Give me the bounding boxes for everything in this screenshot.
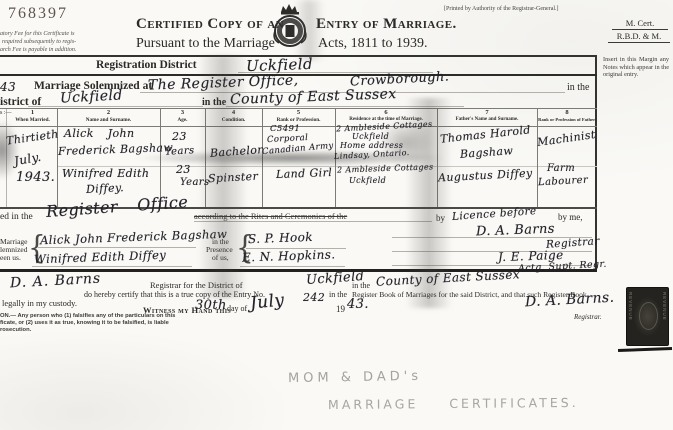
table-column-line <box>205 109 206 207</box>
stamp-portrait-oval <box>639 302 658 330</box>
column-number: 2 <box>57 109 160 116</box>
groom-name: Alick John <box>64 127 135 140</box>
printed-by-authority: [Printed by Authority of the Registrar-G… <box>444 6 559 12</box>
entry-number-value: 242 <box>303 291 325 304</box>
certificate-title: Entry of Marriage. <box>316 16 457 33</box>
pencil-note-line: MARRIAGE CERTIFICATES. <box>328 395 579 412</box>
caution-text: ficate, or (2) uses it as true, knowing … <box>0 320 169 326</box>
month-value: July <box>249 290 285 313</box>
rule-line <box>32 266 192 267</box>
registration-district-label: Registration District <box>96 59 197 71</box>
in-the-label: in the <box>329 290 347 299</box>
in-the-label: in the <box>567 82 590 93</box>
column-number: 3 <box>160 109 205 116</box>
table-column-line <box>262 109 263 207</box>
bride-condition: Spinster <box>208 170 259 186</box>
pen-stroke-under-stamp <box>618 347 672 351</box>
presence-label: of us, <box>212 253 229 262</box>
fee-note-line: arch Fee is payable in addition. <box>0 47 76 53</box>
witness-signature: S. P. Hook <box>248 230 313 246</box>
day-value: 30th <box>195 298 227 313</box>
custody-text: legally in my custody. <box>2 298 77 308</box>
column-label: When Married. <box>8 117 57 123</box>
column-number: 5 <box>262 109 335 116</box>
bride-name: Winifred Edith <box>62 167 149 180</box>
cert-code: R.B.D. & M. <box>608 31 670 43</box>
in-the-label: in the <box>202 97 226 108</box>
final-registrar-title: Registrar. <box>574 313 601 321</box>
column-label: Name and Surname. <box>57 117 160 123</box>
registrar-signature: D. A. Barns <box>476 222 555 240</box>
rule-line <box>28 106 203 107</box>
pencil-note-line: MOM & DAD's <box>288 369 422 386</box>
year-value: 43. <box>347 297 369 312</box>
certify-text: do hereby certify that this is a true co… <box>84 290 265 299</box>
groom-rank: C5491 <box>270 124 300 134</box>
bride-age: 23 <box>176 163 191 176</box>
groom-age: Years <box>165 145 195 158</box>
fee-note-line: atory Fee for this Certificate is <box>0 31 75 37</box>
groom-residence: Uckfield <box>352 132 389 141</box>
column-number: 7 <box>437 109 537 116</box>
column-number: 1 <box>8 109 57 116</box>
stamp-revenue-text: REVENUE <box>662 292 667 321</box>
rule-line <box>38 247 196 248</box>
column-number: 4 <box>205 109 262 116</box>
column-label: Father's Name and Surname. <box>437 117 537 122</box>
married-in-label: ed in the <box>0 212 33 222</box>
table-column-line <box>160 109 161 207</box>
stamp-revenue-text: REVENUE <box>628 292 633 321</box>
when-married-entry: 1943. <box>16 170 55 185</box>
bride-age: Years <box>180 177 210 188</box>
table-column-line <box>437 109 438 207</box>
column-label: Age. <box>160 117 205 123</box>
column-label: Rank or Profession of Father. <box>537 117 597 122</box>
rule-line <box>194 221 432 222</box>
groom-age: 23 <box>172 130 187 143</box>
district-of-value: Uckfield <box>60 87 123 106</box>
by-label: by <box>436 213 445 223</box>
final-registrar-signature: D. A. Barns. <box>525 290 615 311</box>
revenue-stamp: REVENUE REVENUE <box>626 287 669 346</box>
solemnized-between-label: een us. <box>0 253 21 262</box>
cert-code: M. Cert. <box>612 18 668 30</box>
column-label: Condition. <box>205 117 262 123</box>
rule-line <box>240 266 345 267</box>
in-the-label: in the <box>352 281 370 290</box>
by-me-label: by me, <box>558 212 583 222</box>
certifying-registrar-signature: D. A. Barns <box>10 271 102 292</box>
day-of-label: day of <box>227 304 247 313</box>
certificate-subtitle: Acts, 1811 to 1939. <box>318 36 428 52</box>
year-fragment: 43 <box>0 80 16 94</box>
column-number: 6 <box>335 109 437 116</box>
bride-father-rank: Farm <box>547 163 575 174</box>
serial-number: 768397 <box>8 5 68 23</box>
caution-text: ON.— Any person who (1) falsifies any of… <box>0 313 175 319</box>
certificate-subtitle: Pursuant to the Marriage <box>136 36 275 52</box>
certificate-title: Certified Copy of an <box>136 16 284 33</box>
caution-text: rosecution. <box>0 327 31 333</box>
column-number: 8 <box>537 109 597 116</box>
margin-note: Insert in this Margin any Notes which ap… <box>603 56 669 79</box>
table-column-line <box>6 109 7 207</box>
fee-note-line: required subsequently to regis- <box>2 39 76 45</box>
scanned-marriage-certificate: 768397 atory Fee for this Certificate is… <box>0 0 673 430</box>
bride-name: Diffey. <box>86 181 125 196</box>
year-printed: 19 <box>336 304 345 314</box>
column-label: Rank or Profession. <box>262 117 335 123</box>
bride-rank: Land Girl <box>276 166 333 181</box>
rites-text-struck: according to the Rites and Ceremonies of… <box>194 211 347 221</box>
table-column-line <box>537 109 538 207</box>
registrar-for-district-label: Registrar for the District of <box>150 280 243 290</box>
royal-arms-icon <box>269 3 309 58</box>
bride-residence: Uckfield <box>349 176 386 185</box>
